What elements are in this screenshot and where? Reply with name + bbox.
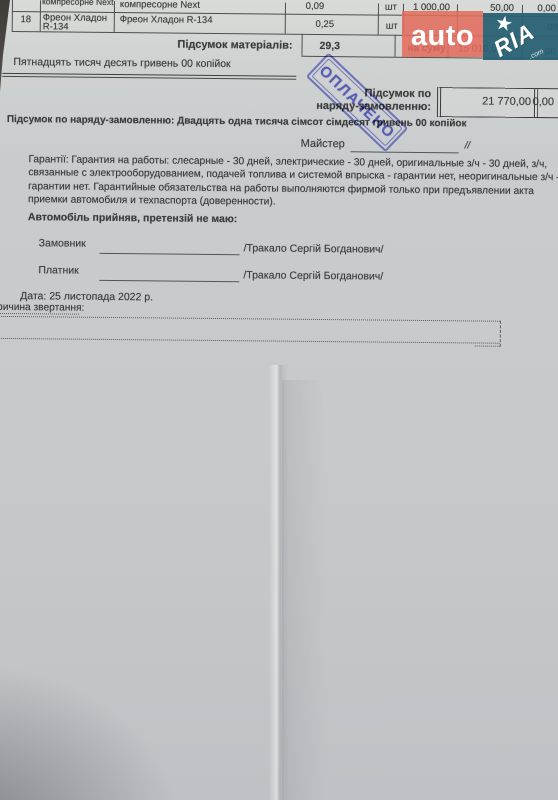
document-photo: компресорне Next компресорне Next 0,09 ш… (0, 0, 558, 800)
autoria-watermark-auto-block: auto (402, 11, 483, 57)
payer-signature-line (99, 280, 239, 282)
master-label: Майстер (301, 138, 345, 150)
autoria-com-label: .com (528, 48, 545, 61)
partial-row-name: компресорне Next (42, 0, 114, 7)
dotted-line (475, 345, 500, 346)
warranty-paragraph: Гарантії: Гарантия на работы: слесарные … (28, 153, 558, 212)
order-total-secondary-box: 0,00 (534, 88, 558, 118)
table-border-line (301, 34, 302, 56)
row18-qty: 0,25 (315, 19, 334, 30)
order-total-value-box: 21 770,00 (437, 87, 538, 118)
table-border-line (285, 3, 286, 34)
autoria-watermark-ria-block: ★ RIA .com (483, 13, 558, 60)
payer-signature: /Тракало Сергій Богданович/ (243, 269, 383, 282)
table-border-line (378, 4, 379, 35)
dashed-right-border (500, 321, 501, 347)
partial-row-desc: компресорне Next (120, 0, 200, 11)
table-border-line (394, 35, 395, 57)
materials-total-label: Підсумок матеріалів: (177, 39, 292, 52)
materials-total-words: Пятнадцять тисяч десять гривень 00 копій… (13, 56, 230, 70)
row18-desc: Фреон Хладон R-134 (120, 14, 213, 26)
materials-table: компресорне Next компресорне Next 0,09 ш… (0, 0, 558, 5)
table-border-line (40, 0, 41, 31)
partial-row-qty: 0,09 (306, 1, 325, 12)
table-border-line (12, 0, 13, 31)
materials-total-qty: 29,3 (320, 40, 341, 52)
row18-num: 18 (20, 14, 31, 25)
autoria-auto-label: auto (411, 22, 474, 57)
payer-label: Платник (38, 264, 78, 276)
separator-double-line (2, 73, 296, 80)
order-total-secondary-value: 0,00 (533, 96, 555, 108)
customer-signature-line (100, 253, 240, 255)
acceptance-title: Автомобіль прийняв, претензій не маю: (28, 211, 238, 225)
master-slashes: // (465, 140, 471, 151)
row18-unit: шт (386, 21, 398, 32)
order-total-value: 21 770,00 (482, 96, 531, 108)
paper-fold-shadow (282, 380, 327, 800)
dotted-line (0, 338, 500, 344)
reason-label: ричина звертання: (0, 302, 84, 314)
customer-signature: /Тракало Сергій Богданович/ (244, 242, 384, 255)
dotted-line (0, 316, 500, 322)
master-signature-line (351, 151, 459, 153)
dotted-line (0, 313, 79, 315)
customer-label: Замовник (39, 237, 86, 249)
partial-row-unit: шт (385, 2, 397, 13)
row18-name-line2: R-134 (43, 21, 69, 32)
